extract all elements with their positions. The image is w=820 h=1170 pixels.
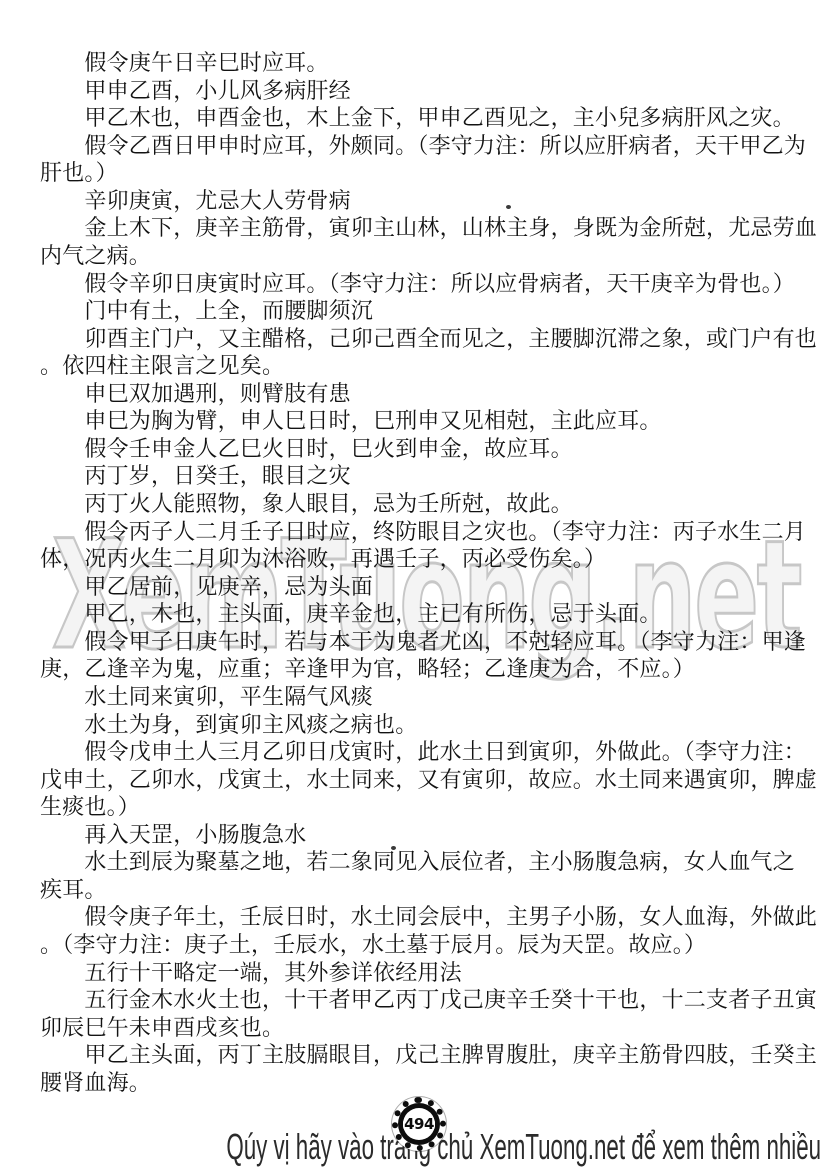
ink-speck [391, 846, 396, 850]
text-line-1: 假令庚午日辛巳时应耳。 [40, 49, 802, 77]
book-page: XemTuong.net 假令庚午日辛巳时应耳。 甲申乙酉，小儿风多病肝经 甲乙… [0, 0, 820, 1170]
text-line-34: 五行十干略定一端，其外参详依经用法 [40, 959, 802, 987]
text-line-38: 腰肾血海。 [40, 1069, 802, 1097]
body-text-block: 假令庚午日辛巳时应耳。 甲申乙酉，小儿风多病肝经 甲乙木也，申酉金也，木上金下，… [40, 49, 802, 1096]
text-line-7: 金上木下，庚辛主筋骨，寅卯主山林，山林主身，身既为金所尅，尤忌劳血 [40, 214, 802, 242]
text-line-36: 卯辰巳午未申酉戌亥也。 [40, 1014, 802, 1042]
text-line-18: 假令丙子人二月壬子日时应，终防眼目之灾也。（李守力注：丙子水生二月 [40, 518, 802, 546]
text-line-35: 五行金木水火土也，十干者甲乙丙丁戊己庚辛壬癸十干也，十二支者子丑寅 [40, 986, 802, 1014]
text-line-13: 申巳双加遇刑，则臂肢有患 [40, 380, 802, 408]
text-line-33: 。（李守力注：庚子土，壬辰水，水土墓于辰月。辰为天罡。故应。） [40, 931, 802, 959]
text-line-15: 假令壬申金人乙巳火日时，巳火到申金，故应耳。 [40, 435, 802, 463]
text-line-20: 甲乙居前，见庚辛，忌为头面 [40, 573, 802, 601]
text-line-32: 假令庚子年土，壬辰日时，水土同会辰中，主男子小肠，女人血海，外做此 [40, 903, 802, 931]
text-line-4: 假令乙酉日甲申时应耳，外颇同。（李守力注：所以应肝病者，天干甲乙为 [40, 132, 802, 160]
text-line-8: 内气之病。 [40, 242, 802, 270]
text-line-24: 水土同来寅卯，平生隔气风痰 [40, 683, 802, 711]
text-line-19: 体，况丙火生二月卯为沐浴败，再遇壬子，丙必受伤矣。） [40, 545, 802, 573]
text-line-27: 戊申土，乙卯水，戊寅土，水土同来，又有寅卯，故应。水土同来遇寅卯，脾虚 [40, 766, 802, 794]
text-line-17: 丙丁火人能照物，象人眼目，忌为壬所尅，故此。 [40, 490, 802, 518]
text-line-14: 申巳为胸为臂，申人巳日时，巳刑申又见相尅，主此应耳。 [40, 407, 802, 435]
text-line-37: 甲乙主头面，丙丁主肢膈眼目，戊己主脾胃腹肚，庚辛主筋骨四肢，壬癸主 [40, 1041, 802, 1069]
text-line-21: 甲乙，木也，主头面，庚辛金也，主已有所伤，忌于头面。 [40, 600, 802, 628]
text-line-2: 甲申乙酉，小儿风多病肝经 [40, 77, 802, 105]
text-line-12: 。依四柱主限言之见矣。 [40, 352, 802, 380]
text-line-9: 假令辛卯日庚寅时应耳。（李守力注：所以应骨病者，天干庚辛为骨也。） [40, 270, 802, 298]
text-line-25: 水土为身，到寅卯主风痰之病也。 [40, 711, 802, 739]
text-line-10: 门中有土，上全，而腰脚须沉 [40, 297, 802, 325]
text-line-6: 辛卯庚寅，尤忌大人劳骨病 [40, 187, 802, 215]
text-line-16: 丙丁岁，日癸壬，眼目之灾 [40, 462, 802, 490]
text-line-3: 甲乙木也，申酉金也，木上金下，甲申乙酉见之，主小兒多病肝风之灾。 [40, 104, 802, 132]
text-line-11: 卯酉主门户，又主醋格，己卯己酉全而见之，主腰脚沉滞之象，或门户有也 [40, 325, 802, 353]
text-line-28: 生痰也。） [40, 793, 802, 821]
page-number: 494 [403, 1117, 435, 1132]
text-line-29: 再入天罡，小肠腹急水 [40, 821, 802, 849]
footer-promo-text: Qúy vị hãy vào trang chủ XemTuong.net để… [226, 1126, 820, 1168]
page-number-badge: 494 [392, 1097, 446, 1151]
ink-speck [506, 205, 511, 209]
text-line-23: 庚，乙逢辛为鬼，应重；辛逢甲为官，略轻；乙逢庚为合，不应。） [40, 655, 802, 683]
text-line-5: 肝也。） [40, 159, 802, 187]
text-line-26: 假令戊申土人三月乙卯日戊寅时，此水土日到寅卯，外做此。（李守力注： [40, 738, 802, 766]
text-line-30: 水土到辰为聚墓之地，若二象同见入辰位者，主小肠腹急病，女人血气之 [40, 848, 802, 876]
text-line-22: 假令甲子日庚午时，若与本干为鬼者尤凶，不尅轻应耳。（李守力注：甲逢 [40, 628, 802, 656]
text-line-31: 疾耳。 [40, 876, 802, 904]
